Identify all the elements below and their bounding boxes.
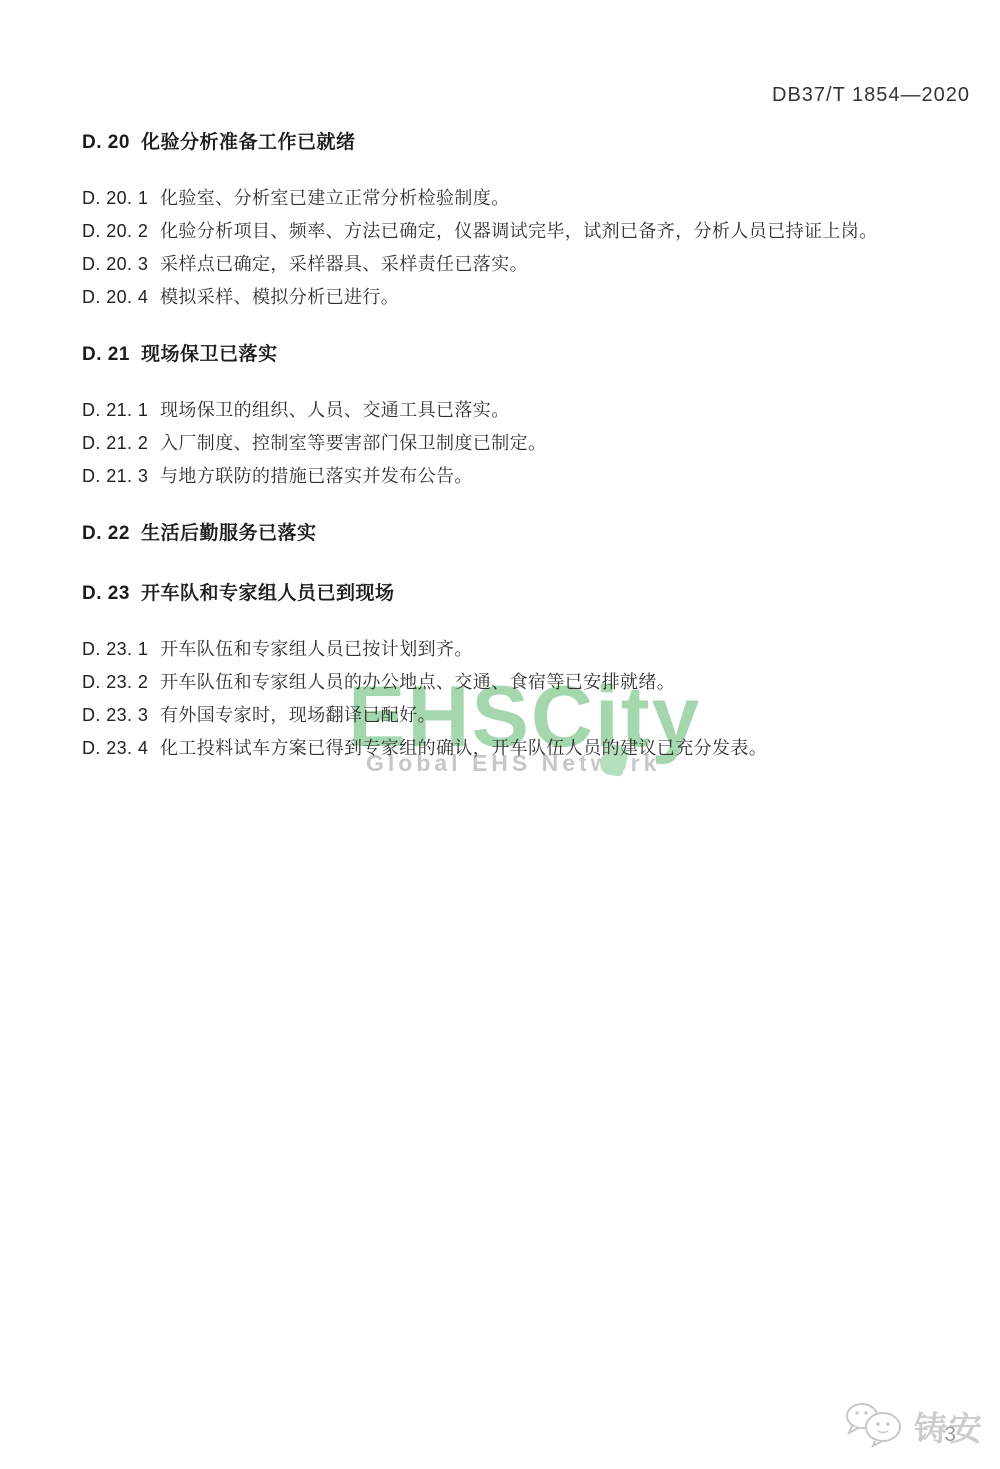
clause-text: 与地方联防的措施已落实并发布公告。 — [160, 466, 473, 486]
section-number: D. 23 — [82, 581, 141, 607]
clause-row: D. 21. 1现场保卫的组织、人员、交通工具已落实。 — [82, 394, 972, 427]
clause-text: 模拟采样、模拟分析已进行。 — [160, 287, 399, 307]
clause-row: D. 20. 3采样点已确定，采样器具、采样责任已落实。 — [82, 248, 972, 281]
clause-text: 化工投料试车方案已得到专家组的确认，开车队伍人员的建议已充分发表。 — [160, 738, 767, 758]
clause-row: D. 20. 1化验室、分析室已建立正常分析检验制度。 — [82, 182, 972, 215]
section-number: D. 20 — [82, 130, 141, 156]
clause-number: D. 23. 4 — [82, 732, 160, 765]
clause-row: D. 23. 4化工投料试车方案已得到专家组的确认，开车队伍人员的建议已充分发表… — [82, 732, 972, 765]
clause-row: D. 23. 3有外国专家时，现场翻译已配好。 — [82, 699, 972, 732]
document-page: DB37/T 1854—2020 EHSCity Global EHS Netw… — [0, 0, 1000, 1469]
clause-text: 化验分析项目、频率、方法已确定，仪器调试完毕，试剂已备齐，分析人员已持证上岗。 — [160, 221, 878, 241]
clause-number: D. 23. 1 — [82, 633, 160, 666]
clause-number: D. 23. 2 — [82, 666, 160, 699]
clause-row: D. 20. 2化验分析项目、频率、方法已确定，仪器调试完毕，试剂已备齐，分析人… — [82, 215, 972, 248]
section-title: 生活后勤服务已落实 — [141, 523, 317, 544]
clause-text: 有外国专家时，现场翻译已配好。 — [160, 705, 436, 725]
page-number: 3 — [944, 1423, 956, 1447]
section-number: D. 21 — [82, 342, 141, 368]
clause-row: D. 20. 4模拟采样、模拟分析已进行。 — [82, 281, 972, 314]
section-d21-items: D. 21. 1现场保卫的组织、人员、交通工具已落实。 D. 21. 2入厂制度… — [82, 394, 972, 493]
section-title: 化验分析准备工作已就绪 — [141, 132, 356, 153]
section-heading-d20: D. 20化验分析准备工作已就绪 — [82, 130, 972, 156]
section-heading-d23: D. 23开车队和专家组人员已到现场 — [82, 581, 972, 607]
clause-text: 入厂制度、控制室等要害部门保卫制度已制定。 — [160, 433, 546, 453]
clause-number: D. 20. 3 — [82, 248, 160, 281]
section-d23-items: D. 23. 1开车队伍和专家组人员已按计划到齐。 D. 23. 2开车队伍和专… — [82, 633, 972, 765]
clause-text: 开车队伍和专家组人员已按计划到齐。 — [160, 639, 473, 659]
clause-row: D. 21. 3与地方联防的措施已落实并发布公告。 — [82, 460, 972, 493]
clause-text: 开车队伍和专家组人员的办公地点、交通、食宿等已安排就绪。 — [160, 672, 675, 692]
clause-number: D. 20. 1 — [82, 182, 160, 215]
document-content: D. 20化验分析准备工作已就绪 D. 20. 1化验室、分析室已建立正常分析检… — [82, 130, 972, 765]
clause-number: D. 23. 3 — [82, 699, 160, 732]
clause-text: 化验室、分析室已建立正常分析检验制度。 — [160, 188, 510, 208]
clause-number: D. 21. 2 — [82, 427, 160, 460]
clause-row: D. 23. 2开车队伍和专家组人员的办公地点、交通、食宿等已安排就绪。 — [82, 666, 972, 699]
clause-row: D. 21. 2入厂制度、控制室等要害部门保卫制度已制定。 — [82, 427, 972, 460]
section-title: 开车队和专家组人员已到现场 — [141, 583, 395, 604]
section-number: D. 22 — [82, 521, 141, 547]
wechat-chat-bubbles-icon — [842, 1400, 906, 1453]
clause-row: D. 23. 1开车队伍和专家组人员已按计划到齐。 — [82, 633, 972, 666]
footer-brand-logo: 铸安 — [842, 1400, 984, 1453]
section-heading-d22: D. 22生活后勤服务已落实 — [82, 521, 972, 547]
section-d20-items: D. 20. 1化验室、分析室已建立正常分析检验制度。 D. 20. 2化验分析… — [82, 182, 972, 314]
clause-number: D. 21. 1 — [82, 394, 160, 427]
section-heading-d21: D. 21现场保卫已落实 — [82, 342, 972, 368]
clause-number: D. 21. 3 — [82, 460, 160, 493]
clause-number: D. 20. 2 — [82, 215, 160, 248]
clause-text: 采样点已确定，采样器具、采样责任已落实。 — [160, 254, 528, 274]
section-title: 现场保卫已落实 — [141, 344, 278, 365]
standard-number: DB37/T 1854—2020 — [772, 84, 970, 107]
clause-number: D. 20. 4 — [82, 281, 160, 314]
clause-text: 现场保卫的组织、人员、交通工具已落实。 — [160, 400, 510, 420]
